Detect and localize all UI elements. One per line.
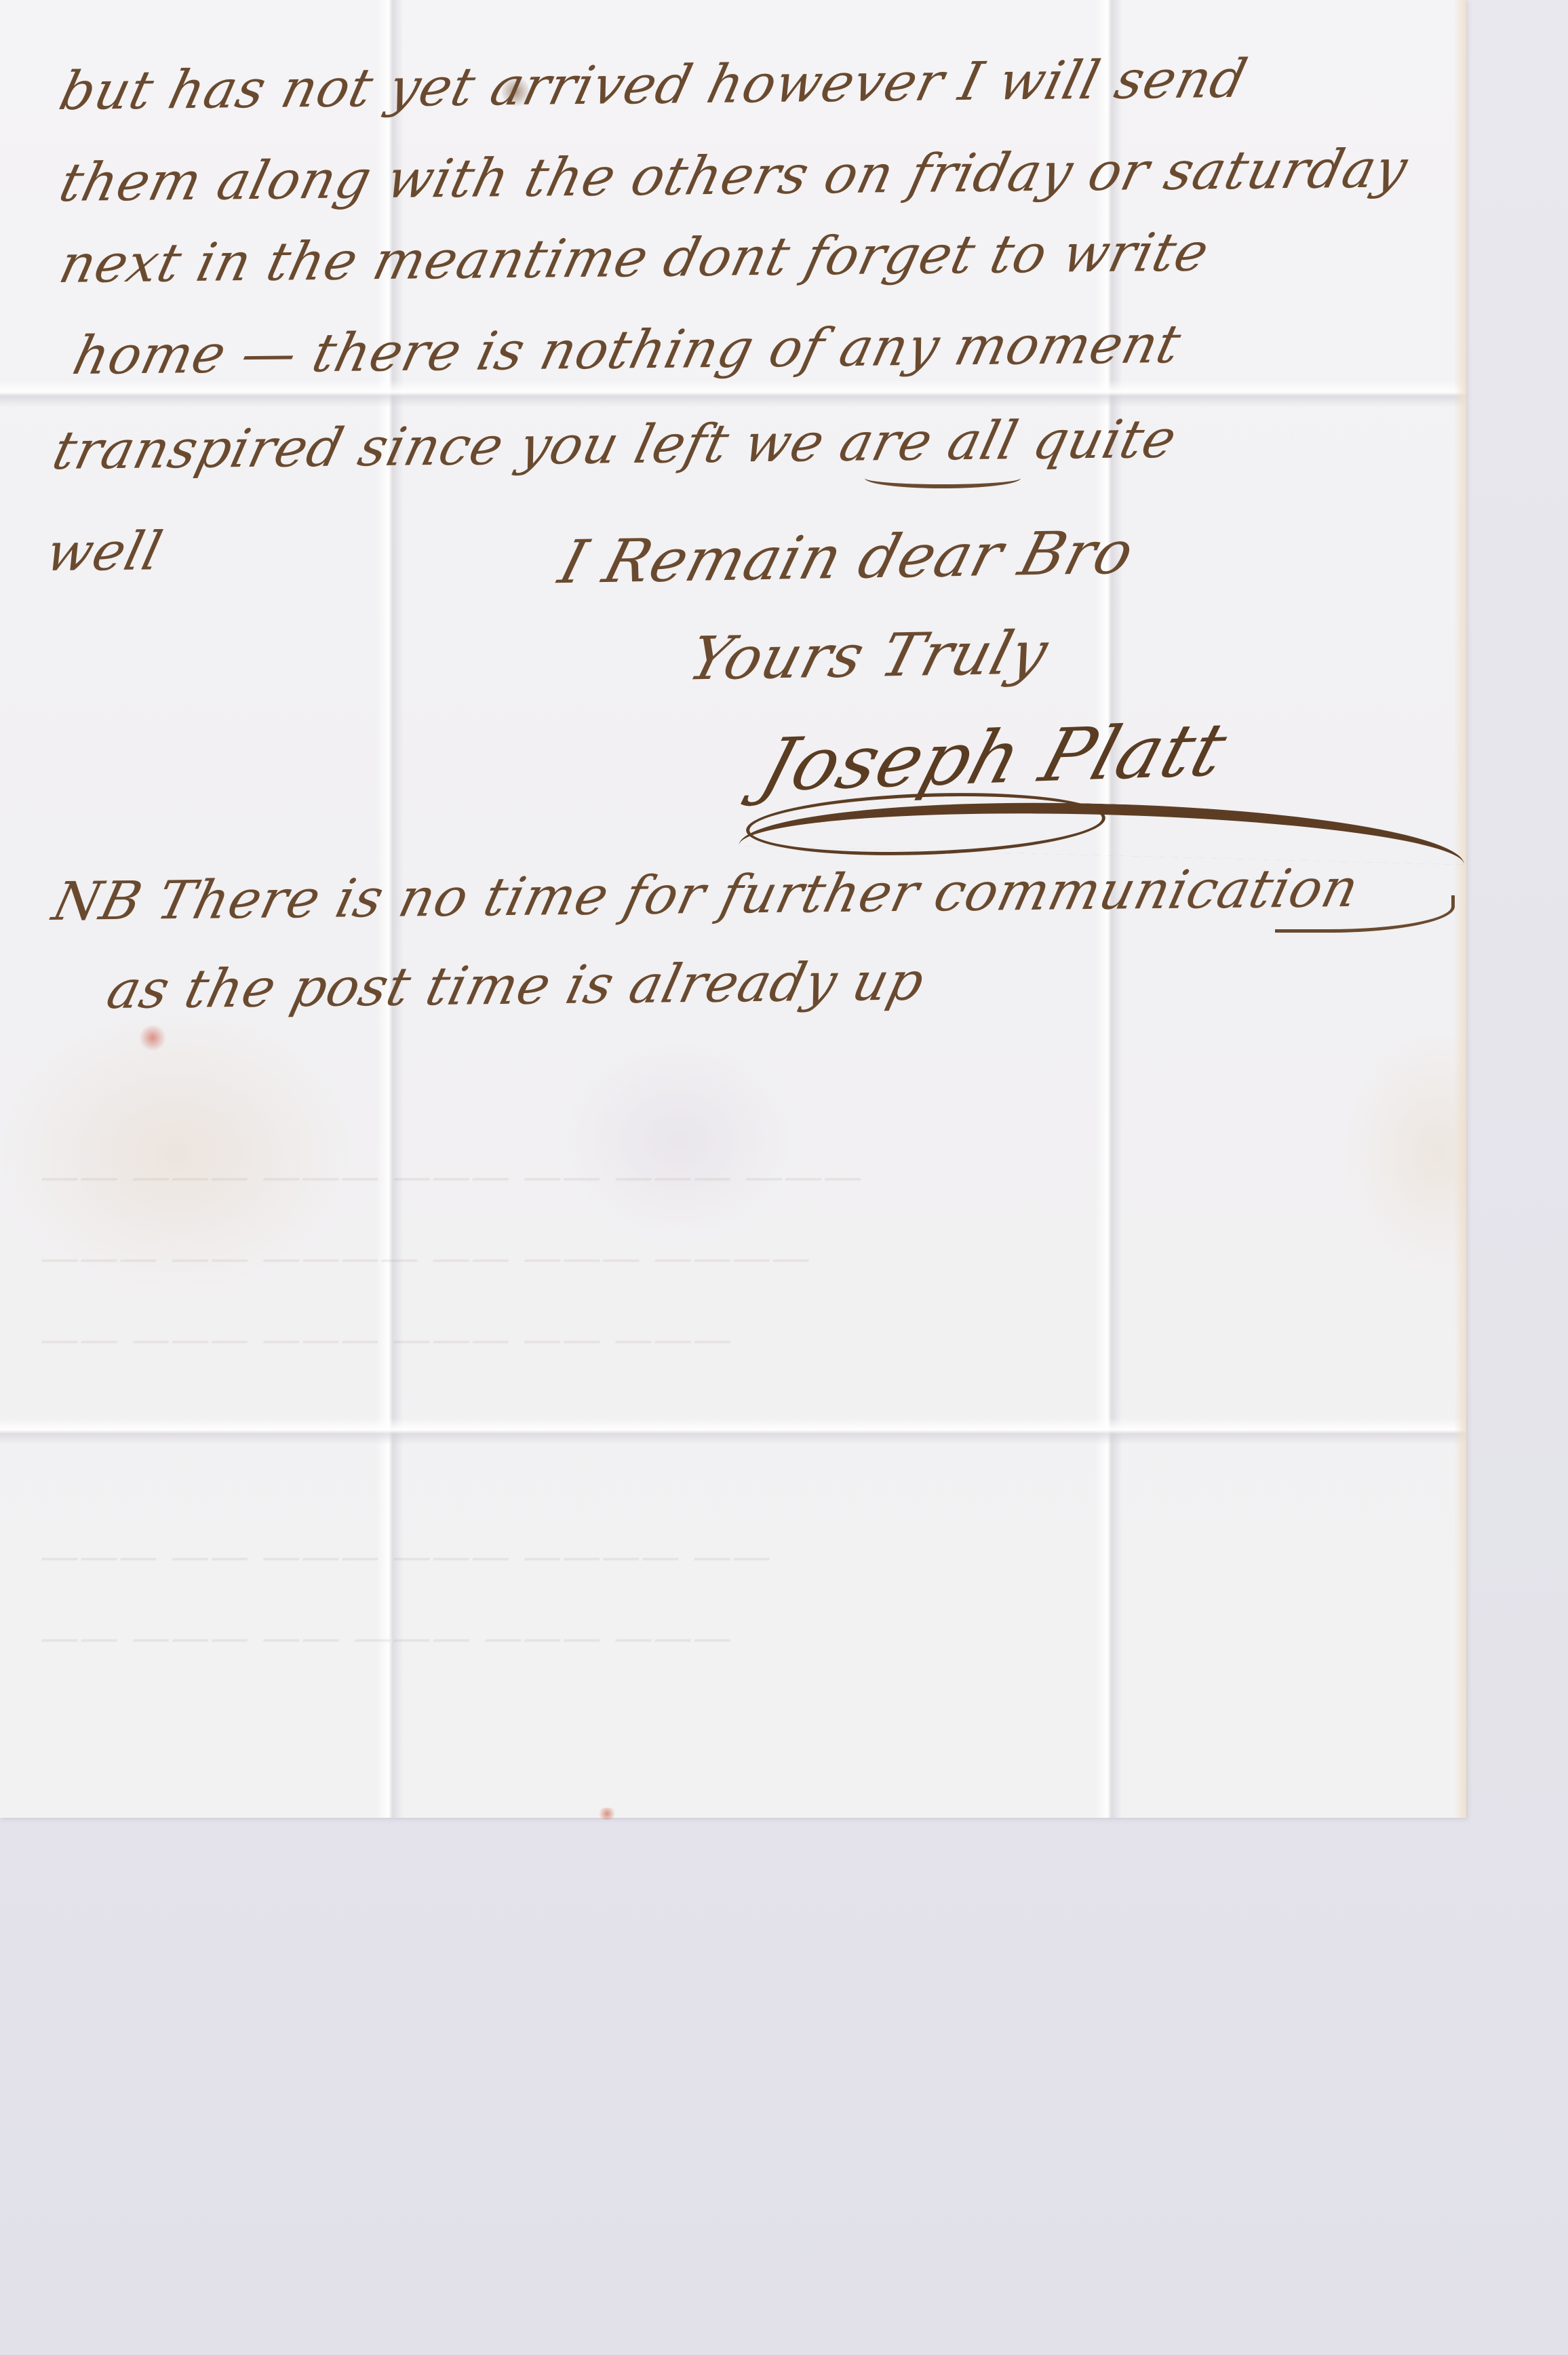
red-stain <box>597 1808 617 1820</box>
letter-line: them along with the others on friday or … <box>54 138 1413 214</box>
red-stain <box>139 1024 166 1051</box>
show-through-text: ——— —— ———— —— ——— ———— <box>36 1234 817 1281</box>
postscript-line: NB There is no time for further communic… <box>47 858 1365 933</box>
closing-line: I Remain dear Bro <box>552 518 1141 598</box>
fold-crease-horizontal <box>0 1418 1466 1445</box>
show-through-text: ——— —— ——— ——— ———— —— <box>36 1533 777 1579</box>
letter-line: well <box>40 521 168 583</box>
letter-line: next in the meantime dont forget to writ… <box>54 222 1215 295</box>
letter-line: home — there is nothing of any moment <box>67 314 1187 387</box>
show-through-text: —— ——— —— ——— ——— ——— <box>36 1614 738 1660</box>
letter-line: but has not yet arrived however I will s… <box>54 49 1253 122</box>
show-through-text: —— ——— ——— ——— —— ——— <box>36 1316 738 1362</box>
paper-edge <box>1454 0 1466 1818</box>
closing-line: Yours Truly <box>682 617 1056 693</box>
show-through-text: —— ——— ——— ——— —— ——— ——— <box>36 1153 868 1199</box>
postscript-line: as the post time is already up <box>101 951 930 1021</box>
postscript-swash <box>1275 895 1455 933</box>
letter-page: —— ——— ——— ——— —— ——— ——— ——— —— ———— ——… <box>0 0 1466 1818</box>
underline-you-left <box>865 468 1021 488</box>
